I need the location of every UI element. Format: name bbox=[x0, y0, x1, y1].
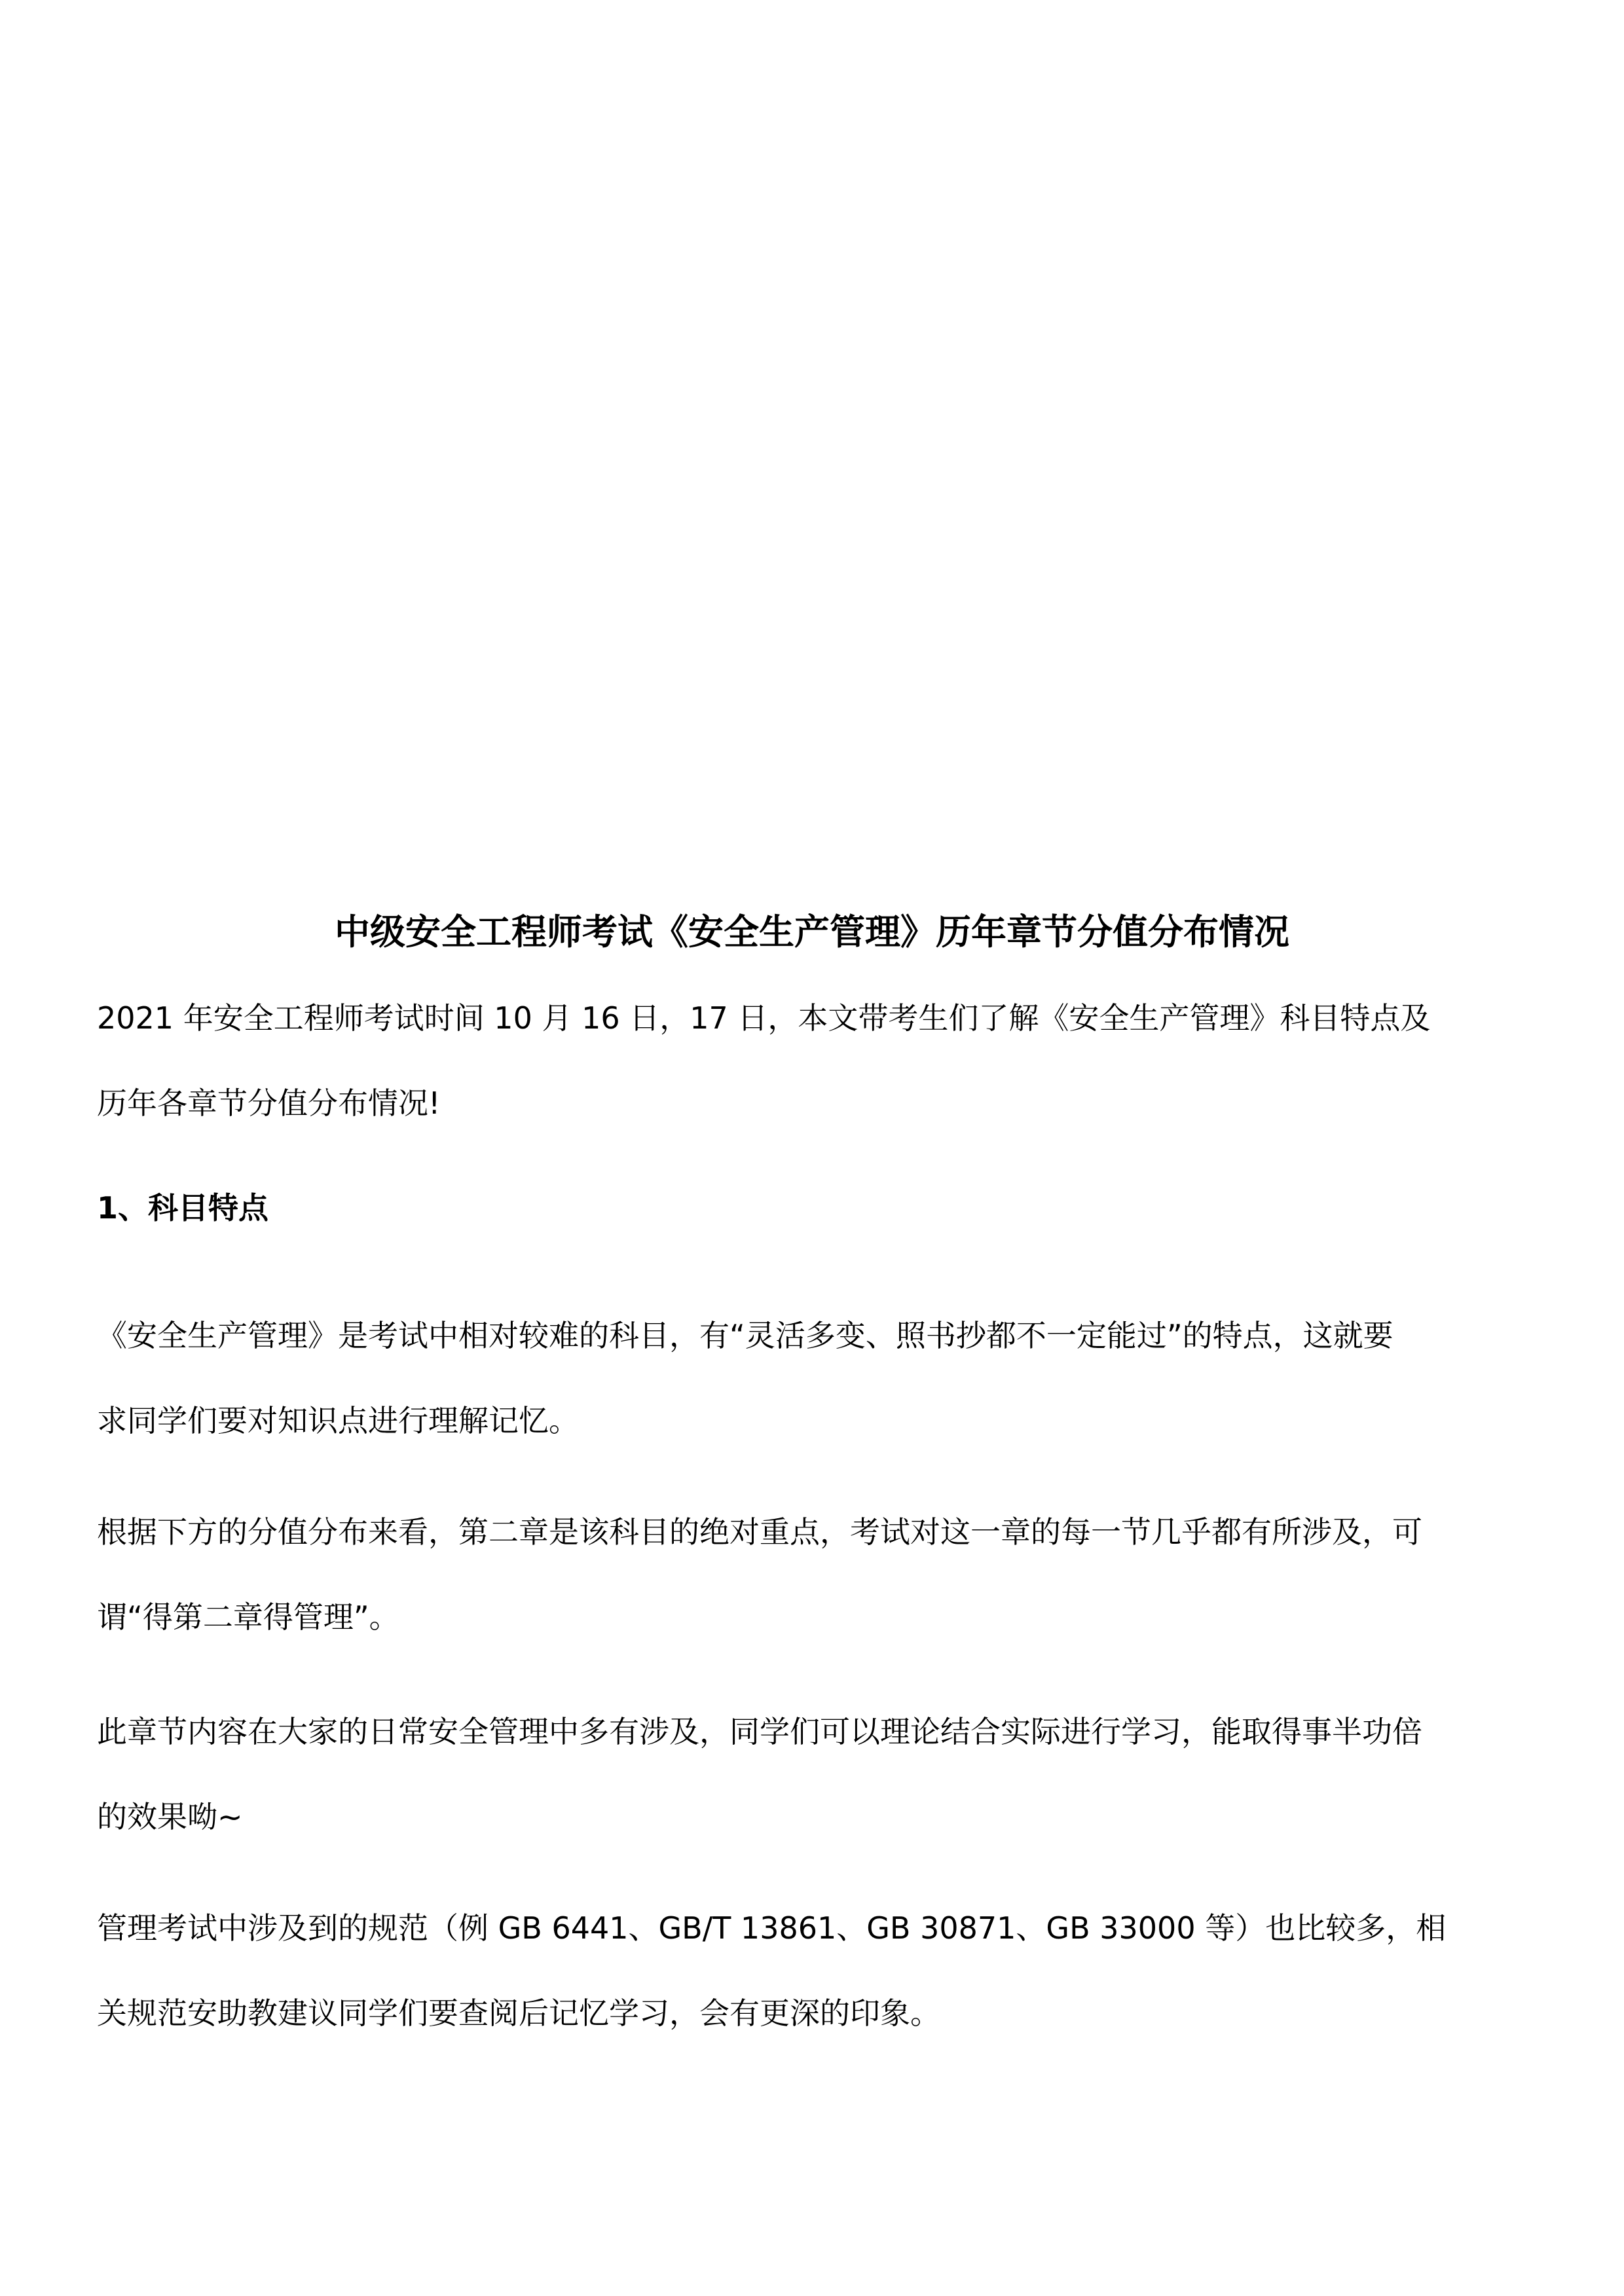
intro-line: 2021 年安全工程师考试时间 10 月 16 日，17 日，本文带考生们了解《… bbox=[97, 975, 1538, 1061]
paragraph: 根据下方的分值分布来看，第二章是该科目的绝对重点，考试对这一章的每一节几乎都有所… bbox=[97, 1489, 1538, 1660]
section-heading: 1、科目特点 bbox=[97, 1175, 268, 1241]
paragraph: 管理考试中涉及到的规范（例 GB 6441、GB/T 13861、GB 3087… bbox=[97, 1886, 1538, 2056]
paragraph-line: 关规范安助教建议同学们要查阅后记忆学习，会有更深的印象。 bbox=[97, 1971, 1538, 2056]
paragraph-line: 谓“得第二章得管理”。 bbox=[97, 1575, 1538, 1660]
paragraph-line: 根据下方的分值分布来看，第二章是该科目的绝对重点，考试对这一章的每一节几乎都有所… bbox=[97, 1489, 1538, 1575]
paragraph: 《安全生产管理》是考试中相对较难的科目，有“灵活多变、照书抄都不一定能过”的特点… bbox=[97, 1293, 1538, 1463]
paragraph-line: 此章节内容在大家的日常安全管理中多有涉及，同学们可以理论结合实际进行学习，能取得… bbox=[97, 1689, 1538, 1774]
paragraph-line: 管理考试中涉及到的规范（例 GB 6441、GB/T 13861、GB 3087… bbox=[97, 1886, 1538, 1971]
paragraph: 此章节内容在大家的日常安全管理中多有涉及，同学们可以理论结合实际进行学习，能取得… bbox=[97, 1689, 1538, 1859]
paragraph-line: 求同学们要对知识点进行理解记忆。 bbox=[97, 1378, 1538, 1463]
paragraph-line: 的效果呦~ bbox=[97, 1774, 1538, 1859]
document-page: 中级安全工程师考试《安全生产管理》历年章节分值分布情况 2021 年安全工程师考… bbox=[0, 0, 1624, 2296]
intro-paragraph: 2021 年安全工程师考试时间 10 月 16 日，17 日，本文带考生们了解《… bbox=[97, 975, 1538, 1146]
intro-line: 历年各章节分值分布情况! bbox=[97, 1061, 1538, 1146]
paragraph-line: 《安全生产管理》是考试中相对较难的科目，有“灵活多变、照书抄都不一定能过”的特点… bbox=[97, 1293, 1538, 1378]
document-title: 中级安全工程师考试《安全生产管理》历年章节分值分布情况 bbox=[0, 900, 1624, 965]
